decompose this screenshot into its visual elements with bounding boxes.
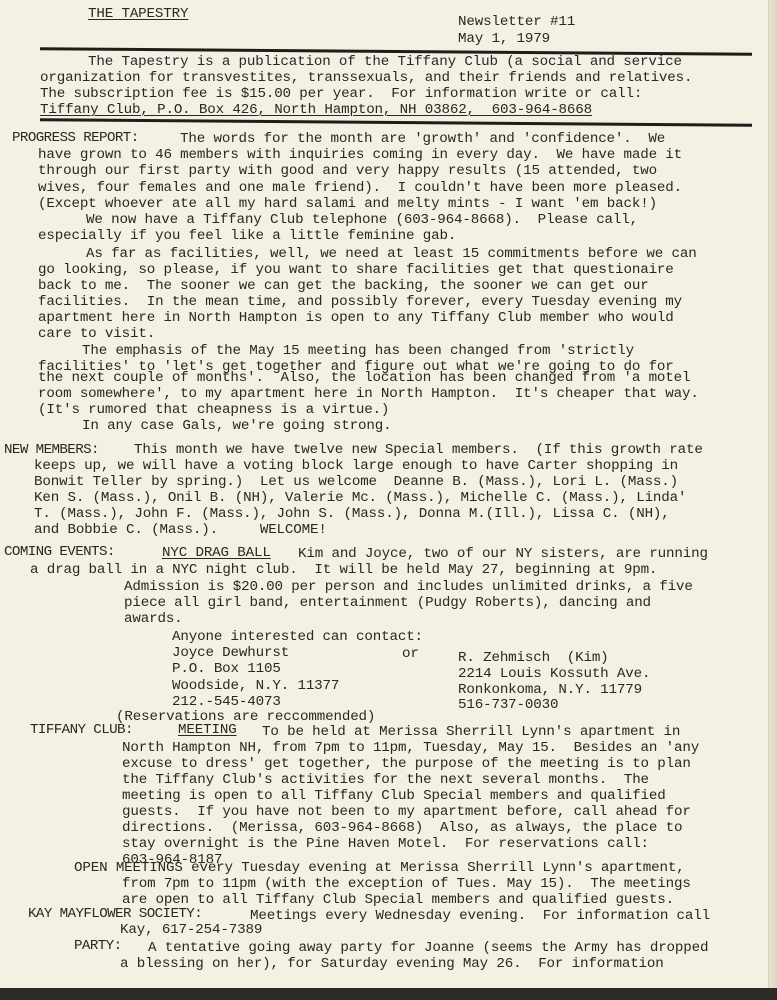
meeting-line: North Hampton NH, from 7pm to 11pm, Tues…	[122, 740, 699, 756]
progress-line: go looking, so please, if you want to sh…	[38, 262, 674, 278]
meeting-line: stay overnight is the Pine Haven Motel. …	[122, 836, 649, 852]
intro-line: The subscription fee is $15.00 per year.…	[40, 86, 642, 102]
meeting-title: MEETING	[178, 722, 237, 738]
open-meetings-line: from 7pm to 11pm (with the exception of …	[122, 876, 691, 892]
meeting-line: guests. If you have not been to my apart…	[122, 804, 691, 820]
open-meetings-line: OPEN MEETINGS every Tuesday evening at M…	[74, 860, 685, 876]
new-members-line: and Bobbie C. (Mass.). WELCOME!	[34, 522, 327, 538]
progress-line: room somewhere', to my apartment here in…	[38, 386, 699, 402]
progress-line: through our first party with good and ve…	[38, 163, 657, 179]
issue-date: May 1, 1979	[458, 31, 550, 47]
nyc-ball-line: Kim and Joyce, two of our NY sisters, ar…	[298, 546, 708, 562]
meeting-line: To be held at Merissa Sherrill Lynn's ap…	[262, 724, 680, 740]
progress-line: especially if you feel like a little fem…	[38, 228, 456, 244]
newsletter-page: THE TAPESTRY Newsletter #11 May 1, 1979 …	[0, 0, 770, 988]
progress-line: (It's rumored that cheapness is a virtue…	[38, 402, 389, 418]
contact-or: or	[402, 646, 419, 662]
tiffany-club-heading: TIFFANY CLUB:	[30, 722, 133, 738]
meeting-line: meeting is open to all Tiffany Club Spec…	[122, 788, 666, 804]
meeting-line: directions. (Merissa, 603-964-8668) Also…	[122, 820, 682, 836]
intro-address: Tiffany Club, P.O. Box 426, North Hampto…	[40, 102, 592, 118]
meeting-line: the Tiffany Club's activities for the ne…	[122, 772, 649, 788]
progress-line: In any case Gals, we're going strong.	[82, 418, 391, 434]
progress-line: We now have a Tiffany Club telephone (60…	[86, 212, 638, 228]
reservations-note: (Reservations are reccommended)	[116, 709, 375, 725]
contact-2-city: Ronkonkoma, N.Y. 11779	[458, 682, 642, 698]
kay-mayflower-heading: KAY MAYFLOWER SOCIETY:	[28, 906, 202, 922]
new-members-line: T. (Mass.), John F. (Mass.), John S. (Ma…	[34, 506, 670, 522]
issue-number: Newsletter #11	[458, 14, 575, 30]
contact-1-name: Joyce Dewhurst	[172, 645, 289, 661]
meeting-line: excuse to dress' get together, the purpo…	[122, 756, 691, 772]
masthead-title: THE TAPESTRY	[88, 6, 188, 22]
progress-line: have grown to 46 members with inquiries …	[38, 147, 682, 163]
intro-line: organization for transvestites, transsex…	[40, 70, 692, 86]
contact-intro: Anyone interested can contact:	[172, 629, 423, 645]
progress-line: The words for the month are 'growth' and…	[180, 131, 665, 147]
contact-2-phone: 516-737-0030	[458, 697, 558, 713]
progress-line: the next couple of months'. Also, the lo…	[38, 370, 690, 386]
progress-line: As far as facilities, well, we need at l…	[86, 246, 697, 262]
party-line: a blessing on her), for Saturday evening…	[120, 956, 664, 972]
progress-line: (Except whoever ate all my hard salami a…	[38, 196, 657, 212]
progress-line: apartment here in North Hampton is open …	[38, 310, 674, 326]
kay-mayflower-line: Kay, 617-254-7389	[120, 922, 262, 938]
nyc-ball-line: a drag ball in a NYC night club. It will…	[30, 562, 657, 578]
new-members-line: This month we have twelve new Special me…	[134, 442, 703, 458]
open-meetings-line: are open to all Tiffany Club Special mem…	[122, 892, 674, 908]
contact-1-address: P.O. Box 1105	[172, 661, 281, 677]
contact-2-address: 2214 Louis Kossuth Ave.	[458, 666, 650, 682]
kay-mayflower-line: Meetings every Wednesday evening. For in…	[250, 908, 710, 924]
new-members-line: keeps up, we will have a voting block la…	[34, 458, 678, 474]
new-members-heading: NEW MEMBERS:	[4, 442, 99, 458]
progress-line: care to visit.	[38, 326, 155, 342]
contact-2-name: R. Zehmisch (Kim)	[458, 650, 609, 666]
progress-report-heading: PROGRESS REPORT:	[12, 130, 139, 146]
new-members-line: Bonwit Teller by spring.) Let us welcome…	[34, 474, 678, 490]
scan-border	[0, 988, 777, 1000]
paper-edge	[769, 0, 777, 988]
party-line: A tentative going away party for Joanne …	[148, 940, 708, 956]
nyc-drag-ball-title: NYC DRAG BALL	[162, 545, 271, 561]
progress-line: facilities. In the mean time, and possib…	[38, 294, 682, 310]
coming-events-heading: COMING EVENTS:	[4, 544, 115, 560]
progress-line: The emphasis of the May 15 meeting has b…	[82, 343, 634, 359]
contact-1-city: Woodside, N.Y. 11377	[172, 678, 339, 694]
progress-line: wives, four females and one male friend)…	[38, 180, 682, 196]
progress-line: back to me. The sooner we can get the ba…	[38, 278, 649, 294]
nyc-ball-line: Admission is $20.00 per person and inclu…	[124, 579, 693, 595]
nyc-ball-line: piece all girl band, entertainment (Pudg…	[124, 595, 651, 611]
intro-line: The Tapestry is a publication of the Tif…	[88, 54, 682, 70]
bottom-rule	[40, 118, 752, 127]
nyc-ball-line: awards.	[124, 611, 183, 627]
party-heading: PARTY:	[74, 938, 121, 954]
new-members-line: Ken S. (Mass.), Onil B. (NH), Valerie Mc…	[34, 490, 686, 506]
contact-1-phone: 212.-545-4073	[172, 694, 281, 710]
